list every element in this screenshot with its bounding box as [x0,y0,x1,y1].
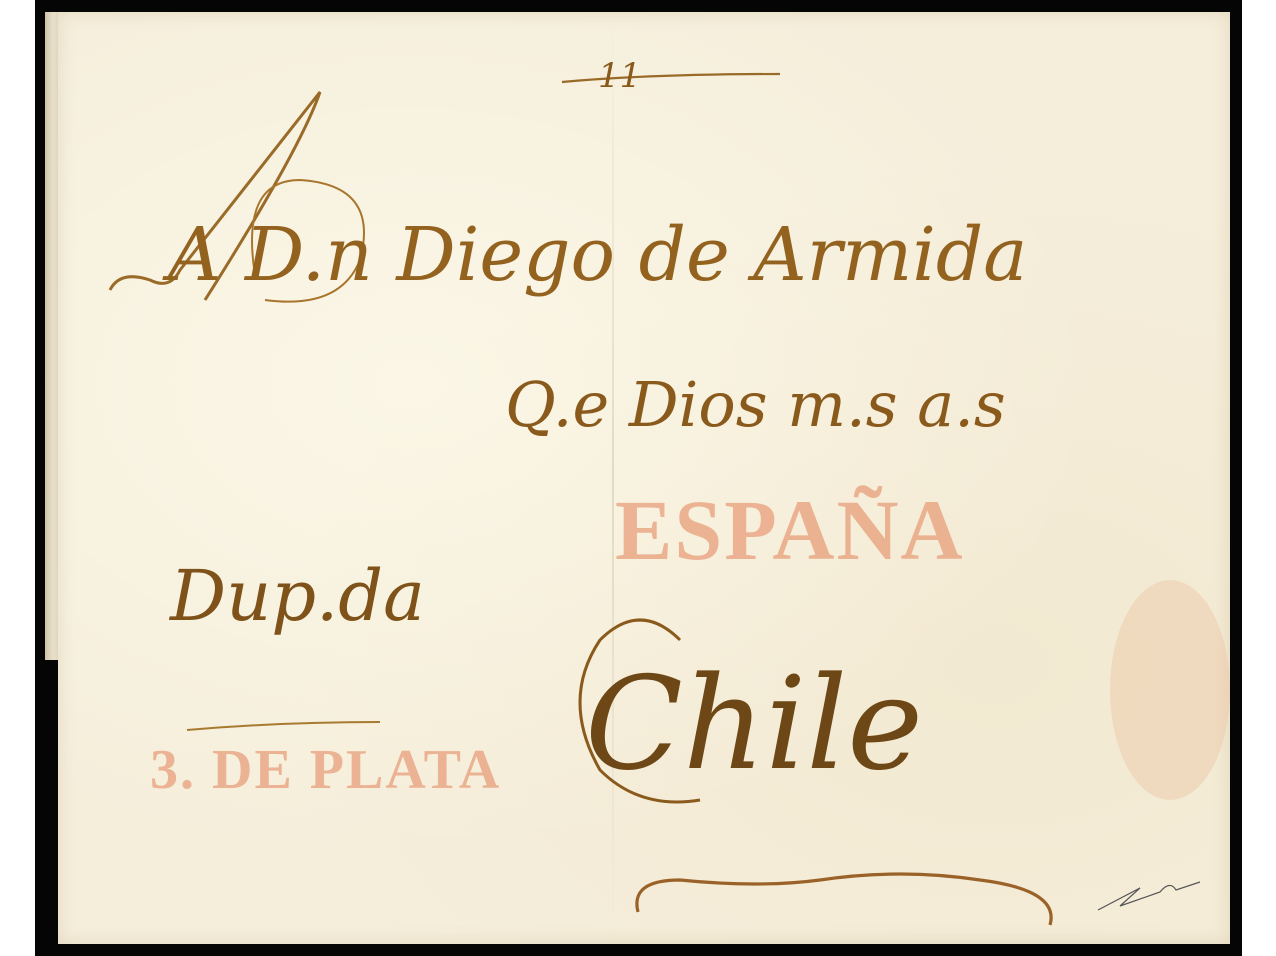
docket-duplicado: Dup.da [170,555,425,637]
fold-crease [612,12,614,944]
address-line-2: Q.e Dios m.s a.s [505,368,1006,441]
top-mark: 11 [598,56,641,96]
rate-handstamp: 3. DE PLATA [150,738,501,802]
letter-paper [58,12,1230,944]
destination-chile: Chile [585,650,923,799]
address-line-1: A D.n Diego de Armida [168,212,1027,298]
espana-handstamp: ESPAÑA [615,480,965,580]
